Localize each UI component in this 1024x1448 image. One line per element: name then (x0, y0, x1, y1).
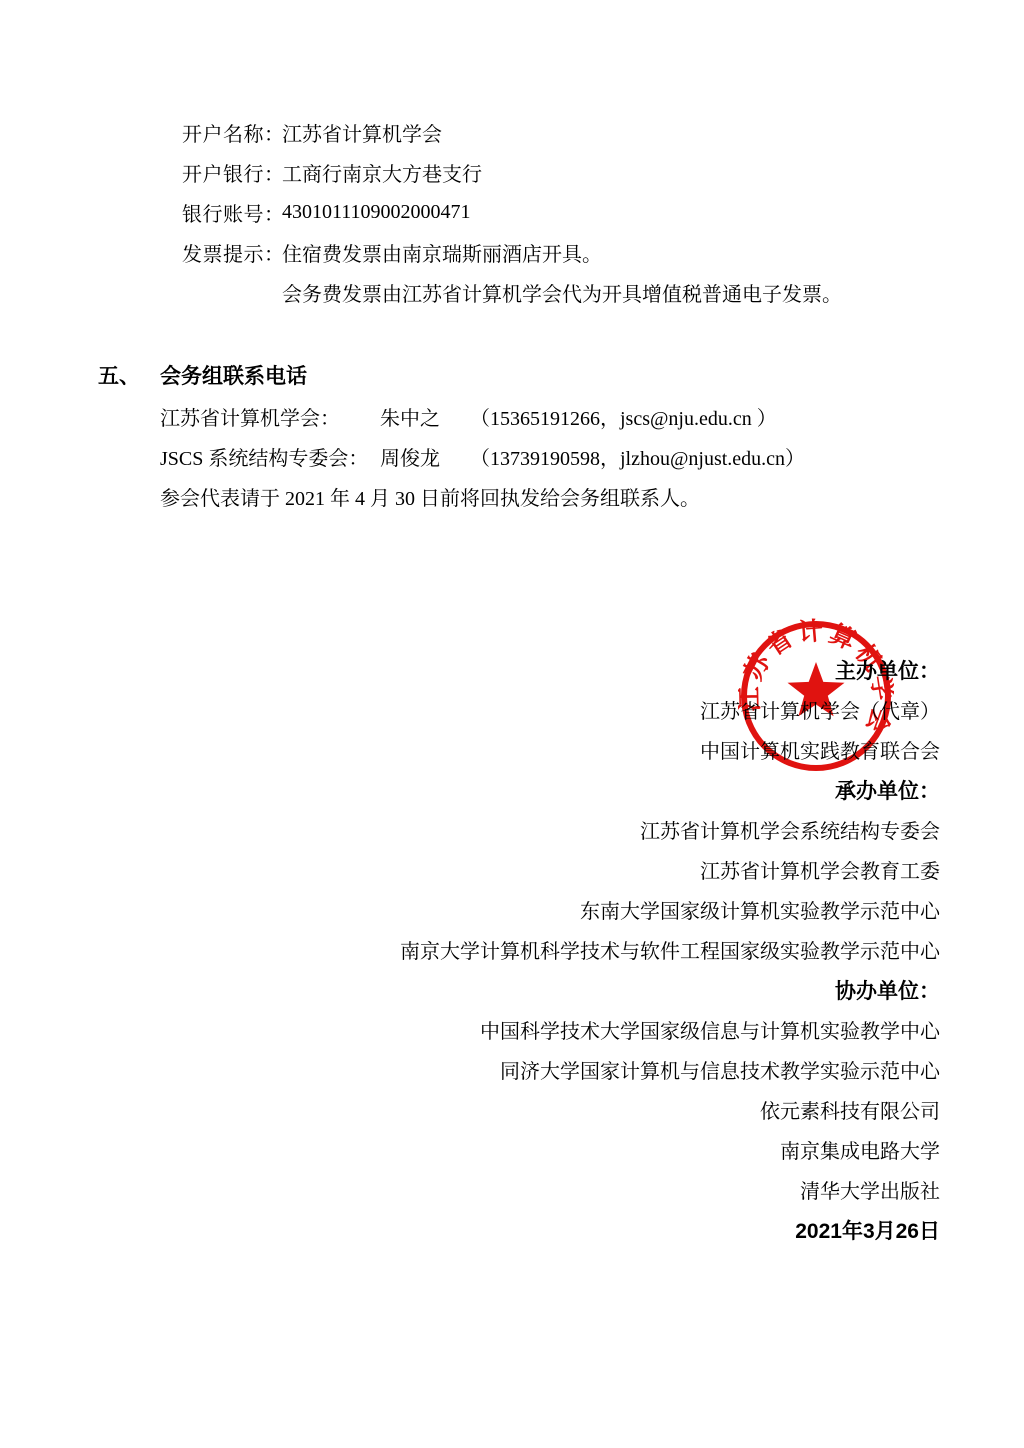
invoice-note-label: 发票提示： (182, 238, 282, 267)
contacts-block: 江苏省计算机学会： 朱中之 （15365191266，jscs@nju.edu.… (160, 396, 805, 516)
undertaker-item: 南京大学计算机科学技术与软件工程国家级实验教学示范中心 (400, 932, 940, 972)
account-name-label: 开户名称： (182, 118, 282, 147)
contact-row: JSCS 系统结构专委会： 周俊龙 （13739190598，jlzhou@nj… (160, 436, 805, 476)
document-date: 2021年3月26日 (400, 1212, 940, 1252)
contact-name: 周俊龙 (380, 442, 470, 471)
undertaker-item: 东南大学国家级计算机实验教学示范中心 (400, 892, 940, 932)
document-page: 开户名称： 江苏省计算机学会 开户银行： 工商行南京大方巷支行 银行账号： 43… (0, 0, 1024, 1448)
bank-name-value: 工商行南京大方巷支行 (282, 158, 482, 187)
bank-name-label: 开户银行： (182, 158, 282, 187)
host-item: 中国计算机实践教育联合会 (400, 732, 940, 772)
section-number: 五、 (98, 360, 160, 390)
section-title: 会务组联系电话 (160, 360, 307, 390)
payment-row: 开户银行： 工商行南京大方巷支行 (182, 152, 842, 192)
account-number-label: 银行账号： (182, 198, 282, 227)
account-name-value: 江苏省计算机学会 (282, 118, 442, 147)
invoice-note-value-1: 住宿费发票由南京瑞斯丽酒店开具。 (282, 238, 602, 267)
contact-row: 江苏省计算机学会： 朱中之 （15365191266，jscs@nju.edu.… (160, 396, 805, 436)
undertaker-item: 江苏省计算机学会系统结构专委会 (400, 812, 940, 852)
host-item: 江苏省计算机学会（代章） (400, 692, 940, 732)
undertaker-item: 江苏省计算机学会教育工委 (400, 852, 940, 892)
contact-detail: （15365191266，jscs@nju.edu.cn ） (470, 402, 777, 431)
contact-detail: （13739190598，jlzhou@njust.edu.cn） (470, 442, 805, 471)
co-organizer-item: 中国科学技术大学国家级信息与计算机实验教学中心 (400, 1012, 940, 1052)
reply-deadline-note: 参会代表请于 2021 年 4 月 30 日前将回执发给会务组联系人。 (160, 476, 805, 516)
contact-name: 朱中之 (380, 402, 470, 431)
invoice-note-value-2: 会务费发票由江苏省计算机学会代为开具增值税普通电子发票。 (282, 278, 842, 307)
co-organizer-item: 依元素科技有限公司 (400, 1092, 940, 1132)
section-five-heading: 五、 会务组联系电话 (98, 360, 307, 390)
co-organizer-label: 协办单位： (400, 972, 940, 1012)
contact-org: 江苏省计算机学会： (160, 402, 380, 431)
co-organizer-item: 同济大学国家计算机与信息技术教学实验示范中心 (400, 1052, 940, 1092)
co-organizer-item: 南京集成电路大学 (400, 1132, 940, 1172)
account-number-value: 4301011109002000471 (282, 201, 471, 224)
payment-row: 会务费发票由江苏省计算机学会代为开具增值税普通电子发票。 (182, 272, 842, 312)
host-label: 主办单位： (400, 652, 940, 692)
organizers-block: 主办单位： 江苏省计算机学会（代章） 中国计算机实践教育联合会 承办单位： 江苏… (400, 652, 940, 1252)
payment-row: 发票提示： 住宿费发票由南京瑞斯丽酒店开具。 (182, 232, 842, 272)
payment-row: 银行账号： 4301011109002000471 (182, 192, 842, 232)
contact-org: JSCS 系统结构专委会： (160, 442, 380, 471)
payment-row: 开户名称： 江苏省计算机学会 (182, 112, 842, 152)
payment-info-block: 开户名称： 江苏省计算机学会 开户银行： 工商行南京大方巷支行 银行账号： 43… (182, 112, 842, 312)
co-organizer-item: 清华大学出版社 (400, 1172, 940, 1212)
undertaker-label: 承办单位： (400, 772, 940, 812)
